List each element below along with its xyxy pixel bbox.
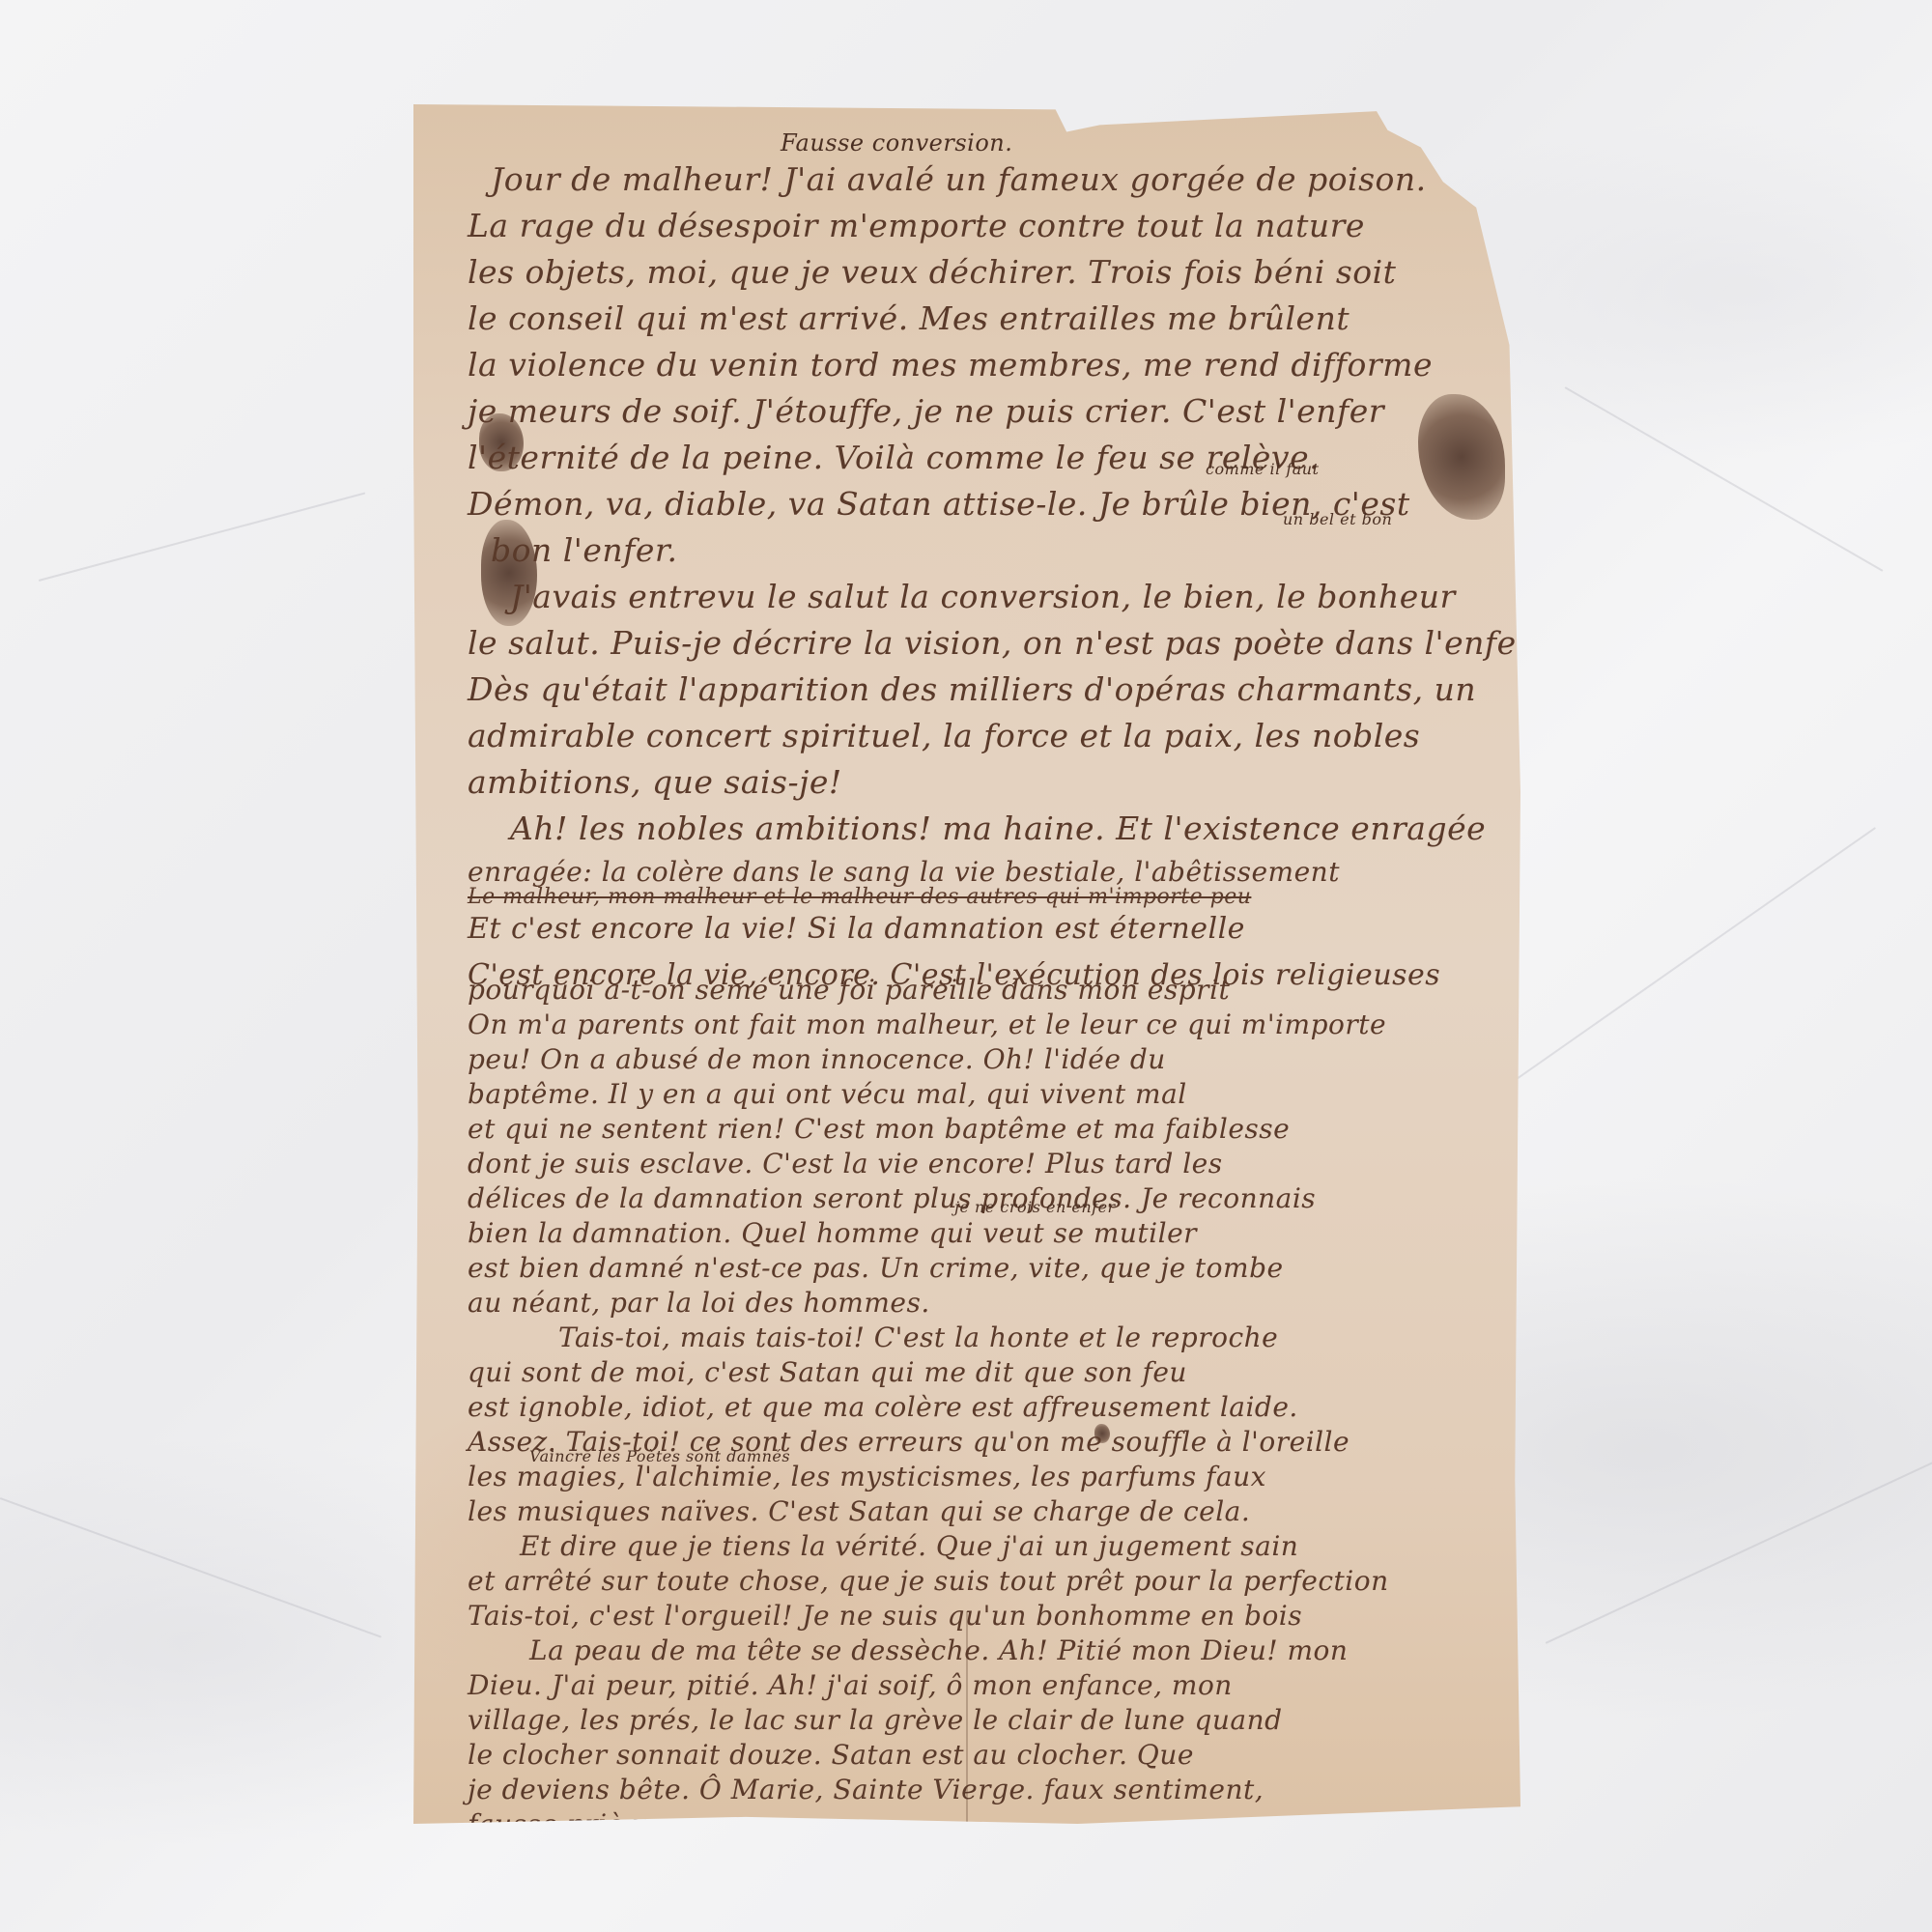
manuscript-line: Et dire que je tiens la vérité. Que j'ai…	[520, 1530, 1298, 1562]
manuscript-line: peu! On a abusé de mon innocence. Oh! l'…	[468, 1043, 1166, 1075]
manuscript-line: La peau de ma tête se dessèche. Ah! Piti…	[529, 1634, 1348, 1666]
manuscript-line: ambitions, que sais-je!	[468, 763, 842, 801]
manuscript-line: J'avais entrevu le salut la conversion, …	[510, 578, 1456, 615]
manuscript-line: au néant, par la loi des hommes.	[468, 1287, 930, 1319]
manuscript-line: Dès qu'était l'apparition des milliers d…	[468, 670, 1476, 708]
manuscript-line: l'éternité de la peine. Voilà comme le f…	[468, 439, 1320, 476]
manuscript-page: Fausse conversion. Jour de malheur! J'ai…	[413, 104, 1520, 1824]
ink-stain	[1418, 394, 1505, 520]
manuscript-line: et qui ne sentent rien! C'est mon baptêm…	[468, 1113, 1290, 1145]
marble-vein	[1565, 386, 1884, 572]
manuscript-line: Tais-toi, c'est l'orgueil! Je ne suis qu…	[468, 1600, 1302, 1632]
manuscript-line: est ignoble, idiot, et que ma colère est…	[468, 1391, 1298, 1423]
manuscript-line: est bien damné n'est-ce pas. Un crime, v…	[468, 1252, 1284, 1284]
manuscript-line: bon l'enfer.	[491, 531, 678, 569]
manuscript-line: je meurs de soif. J'étouffe, je ne puis …	[468, 392, 1384, 430]
manuscript-line: admirable concert spirituel, la force et…	[468, 717, 1420, 754]
manuscript-line: bien la damnation. Quel homme qui veut s…	[468, 1217, 1197, 1249]
manuscript-line: Ah! les nobles ambitions! ma haine. Et l…	[510, 810, 1486, 847]
manuscript-line: pourquoi a-t-on semé une foi pareille da…	[468, 974, 1230, 1006]
manuscript-line: et arrêté sur toute chose, que je suis t…	[468, 1565, 1389, 1597]
manuscript-line: le conseil qui m'est arrivé. Mes entrail…	[468, 299, 1350, 337]
manuscript-line: les musiques naïves. C'est Satan qui se …	[468, 1495, 1250, 1527]
marble-vein	[1546, 1438, 1932, 1644]
manuscript-line: délices de la damnation seront plus prof…	[468, 1182, 1316, 1214]
manuscript-line: fausse prière.	[468, 1808, 663, 1840]
manuscript-title: Fausse conversion.	[781, 129, 1012, 156]
manuscript-line: Et c'est encore la vie! Si la damnation …	[468, 912, 1245, 946]
marginal-note: Vaincre les Poètes sont damnés	[529, 1447, 790, 1465]
manuscript-line: enragée: la colère dans le sang la vie b…	[468, 856, 1340, 888]
manuscript-line: baptême. Il y en a qui ont vécu mal, qui…	[468, 1078, 1187, 1110]
marginal-note: je ne crois en enfer	[954, 1198, 1116, 1216]
manuscript-line: dont je suis esclave. C'est la vie encor…	[468, 1148, 1223, 1179]
manuscript-line: les objets, moi, que je veux déchirer. T…	[468, 253, 1396, 291]
manuscript-line: Jour de malheur! J'ai avalé un fameux go…	[491, 160, 1427, 198]
manuscript-line: le salut. Puis-je décrire la vision, on …	[468, 624, 1532, 662]
marginal-note: un bel et bon	[1283, 510, 1392, 528]
manuscript-line: La rage du désespoir m'emporte contre to…	[468, 207, 1365, 244]
marginal-note: comme il faut	[1206, 460, 1320, 478]
marble-vein	[39, 492, 366, 582]
manuscript-line: qui sont de moi, c'est Satan qui me dit …	[468, 1356, 1187, 1388]
manuscript-line: village, les prés, le lac sur la grève l…	[468, 1704, 1283, 1736]
manuscript-line: Dieu. J'ai peur, pitié. Ah! j'ai soif, ô…	[468, 1669, 1233, 1701]
manuscript-line: On m'a parents ont fait mon malheur, et …	[468, 1009, 1386, 1040]
manuscript-line: Tais-toi, mais tais-toi! C'est la honte …	[558, 1321, 1278, 1353]
manuscript-line: Démon, va, diable, va Satan attise-le. J…	[468, 485, 1410, 523]
manuscript-line: la violence du venin tord mes membres, m…	[468, 346, 1433, 384]
marble-vein	[0, 1497, 382, 1638]
manuscript-line: le clocher sonnait douze. Satan est au c…	[468, 1739, 1194, 1771]
manuscript-line-struck: Le malheur, mon malheur et le malheur de…	[468, 885, 1251, 909]
manuscript-line: je deviens bête. Ô Marie, Sainte Vierge.…	[468, 1774, 1264, 1805]
